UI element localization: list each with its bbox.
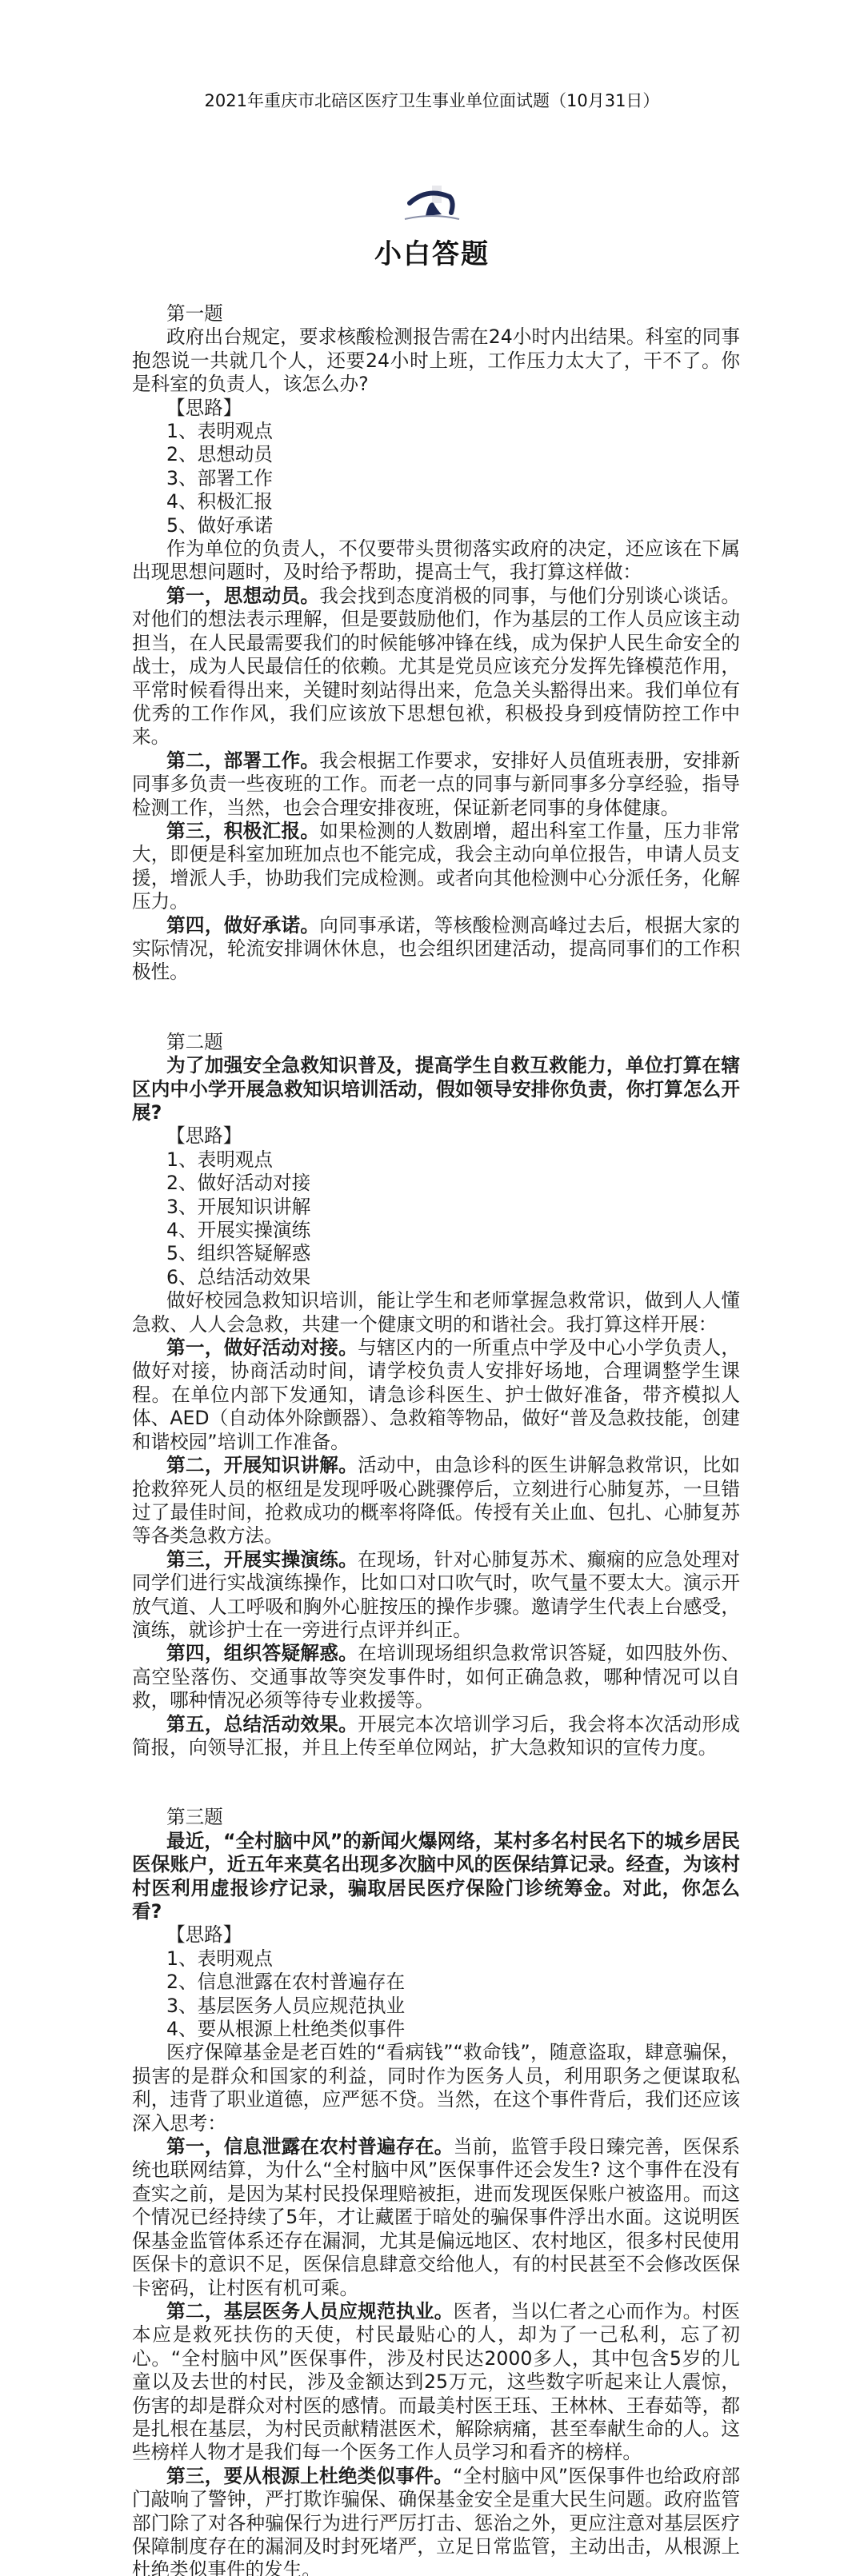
answer-point: 第四，做好承诺。向同事承诺，等核酸检测高峰过去后，根据大家的实际情况，轮流安排调… <box>132 914 740 984</box>
point-lead: 第一，信息泄露在农村普遍存在。 <box>166 2135 454 2158</box>
question-prompt: 最近，“全村脑中风”的新闻火爆网络，某村多名村民名下的城乡居民医保账户，近五年来… <box>132 1830 740 1924</box>
outline-item: 2、信息泄露在农村普遍存在 <box>132 1971 740 1994</box>
brand-name: 小白答题 <box>0 232 864 271</box>
answer-point: 第三，积极汇报。如果检测的人数剧增，超出科室工作量，压力非常大，即便是科室加班加… <box>132 820 740 914</box>
question-label: 第三题 <box>132 1806 740 1829</box>
document-title: 2021年重庆市北碚区医疗卫生事业单位面试题（10月31日） <box>0 88 864 112</box>
point-lead: 第四，组织答疑解惑。 <box>166 1642 358 1664</box>
outline-item: 4、积极汇报 <box>132 490 740 513</box>
question-label: 第二题 <box>132 1031 740 1054</box>
point-text: 医者，当以仁者之心而作为。村医本应是救死扶伤的天使，村民最贴心的人，却为了一己私… <box>132 2300 740 2463</box>
point-lead: 第二，部署工作。 <box>166 749 319 772</box>
outline-item: 3、开展知识讲解 <box>132 1196 740 1219</box>
outline-item: 4、要从根源上杜绝类似事件 <box>132 2018 740 2041</box>
outline-item: 5、做好承诺 <box>132 514 740 537</box>
outline-label: 【思路】 <box>132 397 740 420</box>
point-lead: 第三，要从根源上杜绝类似事件。 <box>166 2465 453 2487</box>
answer-point: 第三，要从根源上杜绝类似事件。“全村脑中风”医保事件也给政府部门敲响了警钟，严打… <box>132 2465 740 2576</box>
outline-item: 6、总结活动效果 <box>132 1266 740 1289</box>
point-lead: 第二，基层医务人员应规范执业。 <box>166 2300 454 2322</box>
point-text: 当前，监管手段日臻完善，医保系统也联网结算，为什么“全村脑中风”医保事件还会发生… <box>132 2135 740 2298</box>
question-3: 第三题 最近，“全村脑中风”的新闻火爆网络，某村多名村民名下的城乡居民医保账户，… <box>132 1806 740 2576</box>
outline-item: 5、组织答疑解惑 <box>132 1242 740 1265</box>
question-1: 第一题 政府出台规定，要求核酸检测报告需在24小时内出结果。科室的同事抱怨说一共… <box>132 302 740 984</box>
answer-point: 第四，组织答疑解惑。在培训现场组织急救常识答疑，如四肢外伤、高空坠落伤、交通事故… <box>132 1642 740 1712</box>
outline-item: 4、开展实操演练 <box>132 1219 740 1242</box>
answer-point: 第二，基层医务人员应规范执业。医者，当以仁者之心而作为。村医本应是救死扶伤的天使… <box>132 2300 740 2465</box>
answer-intro: 做好校园急救知识培训，能让学生和老师掌握急救常识，做到人人懂急救、人人会急救，共… <box>132 1289 740 1336</box>
answer-point: 第二，部署工作。我会根据工作要求，安排好人员值班表册，安排新同事多负责一些夜班的… <box>132 749 740 820</box>
point-lead: 第一，做好活动对接。 <box>166 1336 358 1359</box>
point-lead: 第四，做好承诺。 <box>166 914 319 937</box>
point-lead: 第一，思想动员。 <box>166 585 319 607</box>
question-2: 第二题 为了加强安全急救知识普及，提高学生自救互救能力，单位打算在辖区内中小学开… <box>132 1031 740 1760</box>
outline-item: 2、做好活动对接 <box>132 1172 740 1195</box>
outline-item: 3、基层医务人员应规范执业 <box>132 1995 740 2018</box>
outline-label: 【思路】 <box>132 1124 740 1148</box>
section-gap <box>132 984 740 1031</box>
point-text: 我会找到态度消极的同事，与他们分别谈心谈话。对他们的想法表示理解，但是要鼓励他们… <box>132 585 740 748</box>
eye-logo-icon <box>400 186 464 226</box>
answer-intro: 作为单位的负责人，不仅要带头贯彻落实政府的决定，还应该在下属出现思想问题时，及时… <box>132 537 740 585</box>
outline-label: 【思路】 <box>132 1923 740 1947</box>
point-lead: 第二，开展知识讲解。 <box>166 1454 358 1476</box>
answer-point: 第二，开展知识讲解。活动中，由急诊科的医生讲解急救常识，比如抢救猝死人员的枢纽是… <box>132 1454 740 1548</box>
answer-point: 第一，信息泄露在农村普遍存在。当前，监管手段日臻完善，医保系统也联网结算，为什么… <box>132 2135 740 2300</box>
outline-item: 1、表明观点 <box>132 420 740 443</box>
answer-intro: 医疗保障基金是老百姓的“看病钱”“救命钱”，随意盗取，肆意骗保，损害的是群众和国… <box>132 2041 740 2135</box>
section-gap <box>132 1759 740 1806</box>
outline-item: 2、思想动员 <box>132 443 740 466</box>
question-prompt: 为了加强安全急救知识普及，提高学生自救互救能力，单位打算在辖区内中小学开展急救知… <box>132 1054 740 1124</box>
document-body: 第一题 政府出台规定，要求核酸检测报告需在24小时内出结果。科室的同事抱怨说一共… <box>132 302 740 2576</box>
question-prompt: 政府出台规定，要求核酸检测报告需在24小时内出结果。科室的同事抱怨说一共就几个人… <box>132 325 740 396</box>
point-lead: 第五，总结活动效果。 <box>166 1713 358 1735</box>
answer-point: 第三，开展实操演练。在现场，针对心肺复苏术、癫痫的应急处理对同学们进行实战演练操… <box>132 1548 740 1643</box>
answer-point: 第一，做好活动对接。与辖区内的一所重点中学及中心小学负责人，做好对接，协商活动时… <box>132 1336 740 1454</box>
point-lead: 第三，积极汇报。 <box>166 820 319 842</box>
answer-point: 第五，总结活动效果。开展完本次培训学习后，我会将本次活动形成简报，向领导汇报，并… <box>132 1713 740 1760</box>
outline-item: 1、表明观点 <box>132 1947 740 1971</box>
question-label: 第一题 <box>132 302 740 325</box>
outline-item: 1、表明观点 <box>132 1148 740 1172</box>
outline-item: 3、部署工作 <box>132 467 740 490</box>
point-lead: 第三，开展实操演练。 <box>166 1548 358 1571</box>
answer-point: 第一，思想动员。我会找到态度消极的同事，与他们分别谈心谈话。对他们的想法表示理解… <box>132 585 740 749</box>
